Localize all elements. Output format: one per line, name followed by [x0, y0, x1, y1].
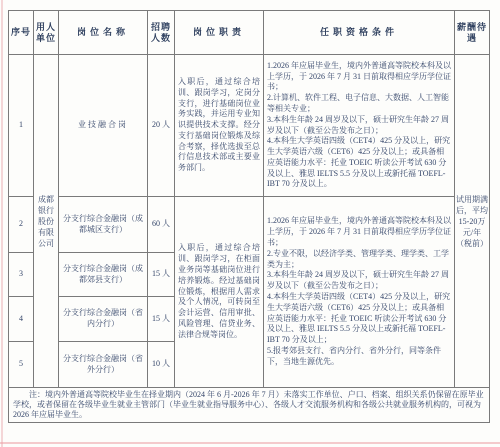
recruitment-notice-page: 序号 用人单位 岗位名称 招聘人数 岗位职责 任职资格条件 薪酬待遇 1 成都银…	[0, 0, 500, 447]
position-name: 分支行综合金融岗（省内分行）	[59, 297, 148, 342]
table-row-2: 2 分支行综合金融岗（成都城区支行） 60 人 入职后，通过综合培训、跟岗学习，…	[9, 197, 490, 253]
headcount: 10 人	[148, 342, 175, 388]
position-name: 业技融合岗	[59, 55, 148, 197]
recruitment-positions-table: 序号 用人单位 岗位名称 招聘人数 岗位职责 任职资格条件 薪酬待遇 1 成都银…	[8, 10, 490, 423]
row-number: 1	[9, 55, 34, 197]
headcount: 15 人	[148, 297, 175, 342]
col-header-employer: 用人单位	[34, 11, 59, 55]
employer-cell: 成都银行股份有限公司	[34, 55, 59, 388]
headcount: 60 人	[148, 197, 175, 253]
table-footnote-row: 注：境内外普通高等院校毕业生在择业期内（2024 年 6 月-2026 年 7 …	[9, 388, 490, 423]
position-name: 分支行综合金融岗（省外分行）	[59, 342, 148, 388]
col-header-position: 岗位名称	[59, 11, 148, 55]
scan-edge-artifact-left	[1, 0, 3, 447]
row-number: 4	[9, 297, 34, 342]
headcount: 20 人	[148, 55, 175, 197]
col-header-seq: 序号	[9, 11, 34, 55]
col-header-qualifications: 任职资格条件	[264, 11, 455, 55]
position-name: 分支行综合金融岗（成都郊县支行）	[59, 253, 148, 297]
row-number: 2	[9, 197, 34, 253]
job-duties-row1: 入职后，通过综合培训、跟岗学习，定岗分支行，进行基础岗位业务实践，并运用专业知识…	[175, 55, 264, 197]
table-row-1: 1 成都银行股份有限公司 业技融合岗 20 人 入职后，通过综合培训、跟岗学习，…	[9, 55, 490, 197]
row-number: 3	[9, 253, 34, 297]
row-number: 5	[9, 342, 34, 388]
job-duties-rows2-5: 入职后，通过综合培训、跟岗学习，在柜面业务岗等基础岗位进行培养锻炼。经过基础岗位…	[175, 197, 264, 388]
footnote: 注：境内外普通高等院校毕业生在择业期内（2024 年 6 月-2026 年 7 …	[9, 388, 490, 423]
table-header-row: 序号 用人单位 岗位名称 招聘人数 岗位职责 任职资格条件 薪酬待遇	[9, 11, 490, 55]
col-header-headcount: 招聘人数	[148, 11, 175, 55]
qualifications-row1: 1.2026 年应届毕业生，境内外普通高等院校本科及以上学历，于 2026 年 …	[264, 55, 455, 197]
position-name: 分支行综合金融岗（成都城区支行）	[59, 197, 148, 253]
salary-cell: 试用期满后，平均15-20万元/年（税前）	[455, 55, 490, 388]
headcount: 15 人	[148, 253, 175, 297]
scan-edge-artifact-bottom	[0, 442, 500, 444]
qualifications-rows2-5: 1.2026 年应届毕业生，境内外普通高等院校本科及以上学历，于 2026 年 …	[264, 197, 455, 388]
col-header-salary: 薪酬待遇	[455, 11, 490, 55]
col-header-duties: 岗位职责	[175, 11, 264, 55]
